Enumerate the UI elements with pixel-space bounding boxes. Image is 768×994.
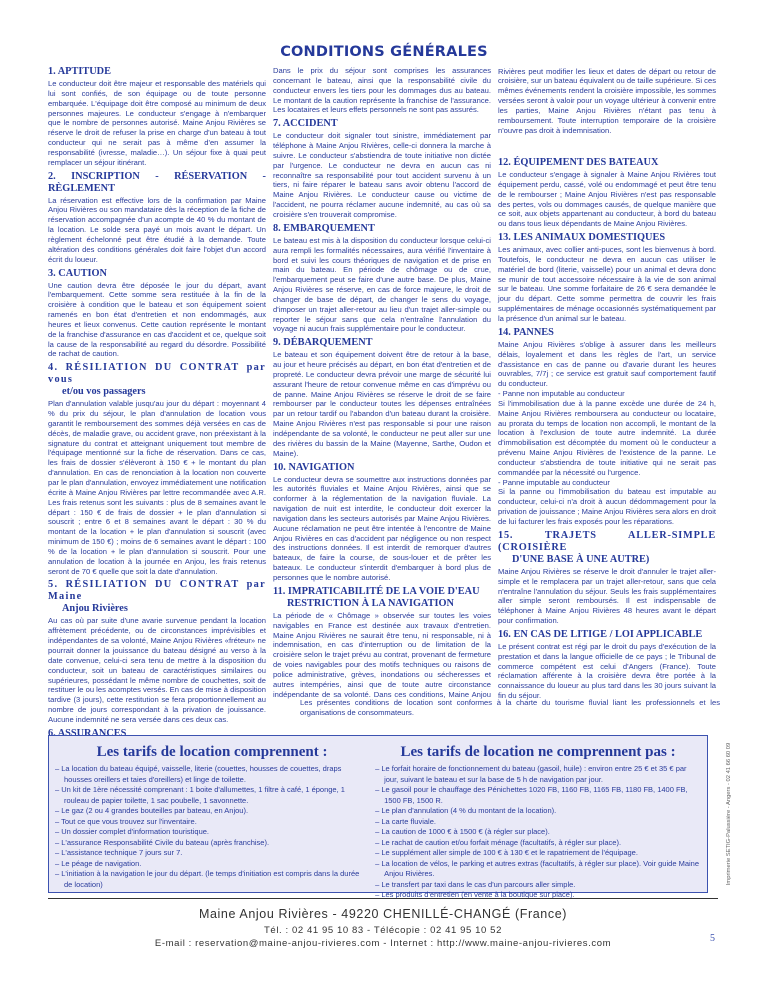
column-3: La période de « Chômage » observée sur t… (498, 66, 716, 741)
section-title-caution: 3. CAUTION (48, 268, 266, 280)
section-body-impraticabilite-cont: La période de « Chômage » observée sur t… (498, 66, 716, 154)
section-title-animaux: 13. LES ANIMAUX DOMESTIQUES (498, 232, 716, 244)
list-item: – Le supplément aller simple de 100 € à … (375, 848, 701, 859)
list-item: – La caution de 1000 € à 1500 € (à régle… (375, 827, 701, 838)
list-item: – Un kit de 1ère nécessité comprenant : … (55, 785, 369, 806)
section-title-inscription: 2. INSCRIPTION - RÉSERVATION - RÈGLEMENT (48, 171, 266, 195)
page-number: 5 (710, 933, 715, 944)
section-body-inscription: La réservation est effective lors de la … (48, 196, 266, 265)
section-body-litige: Le présent contrat est régi par le droit… (498, 642, 716, 701)
page-title: CONDITIONS GÉNÉRALES (0, 44, 768, 60)
list-item: – Le gasoil pour le chauffage des Pénich… (375, 785, 701, 806)
footer-phone: Tél. : 02 41 95 10 83 - Télécopie : 02 4… (48, 924, 718, 937)
section-title-sub: et/ou vos passagers (48, 386, 266, 398)
list-item: – Le gaz (2 ou 4 grandes bouteilles par … (55, 806, 369, 817)
list-item: – Le forfait horaire de fonctionnement d… (375, 764, 701, 785)
section-title-main: 15. TRAJETS ALLER-SIMPLE (CROISIÈRE (498, 530, 716, 553)
section-body-impraticabilite: La période de « Chômage » observée sur t… (273, 611, 491, 699)
tarifs-included: Les tarifs de location comprennent : – L… (55, 742, 369, 892)
section-title-pannes: 14. PANNES (498, 327, 716, 339)
list-item: – L'initiation à la navigation le jour d… (55, 869, 369, 890)
list-item: – Tout ce que vous trouvez sur l'inventa… (55, 817, 369, 828)
pannes-non-imputable: Si l'immobilisation due à la panne excèd… (498, 399, 716, 478)
section-title-sub: Anjou Rivières (48, 603, 266, 615)
list-item: – La carte fluviale. (375, 817, 701, 828)
footer-contact: E-mail : reservation@maine-anjou-riviere… (48, 937, 718, 950)
section-title-resiliation-loueur: 5. RÉSILIATION DU CONTRAT par Maine Anjo… (48, 579, 266, 615)
list-item: – Un dossier complet d'information touri… (55, 827, 369, 838)
section-title-main: 4. RÉSILIATION DU CONTRAT par vous (48, 362, 266, 385)
tarifs-excluded-heading: Les tarifs de location ne comprennent pa… (375, 742, 701, 762)
section-title-resiliation-client: 4. RÉSILIATION DU CONTRAT par vous et/ou… (48, 362, 266, 398)
pannes-subheading-non-imputable: - Panne non imputable au conducteur (498, 389, 716, 399)
section-body-accident: Le conducteur doit signaler tout sinistr… (273, 131, 491, 220)
section-body-caution: Une caution devra être déposée le jour d… (48, 281, 266, 360)
printer-imprint-text: Imprimerie SETIG-Palussière - Angers - 0… (726, 743, 732, 885)
section-body-embarquement: Le bateau est mis à la disposition du co… (273, 236, 491, 334)
section-body-equipement: Le conducteur s'engage à signaler à Main… (498, 170, 716, 229)
list-item: – Le rachat de caution et/ou forfait mén… (375, 838, 701, 849)
section-title-equipement: 12. ÉQUIPEMENT DES BATEAUX (498, 157, 716, 169)
list-item: – Le plan d'annulation (4 % du montant d… (375, 806, 701, 817)
section-title-litige: 16. EN CAS DE LITIGE / LOI APPLICABLE (498, 629, 716, 641)
section-body-debarquement: Le bateau et son équipement doivent être… (273, 350, 491, 458)
list-item: – La location de vélos, le parking et au… (375, 859, 701, 880)
section-body-resiliation-loueur: Au cas où par suite d'une avarie survenu… (48, 616, 266, 724)
section-title-sub: D'UNE BASE À UNE AUTRE) (498, 554, 716, 566)
section-title-aptitude: 1. APTITUDE (48, 66, 266, 78)
section-body-animaux: Les animaux, avec collier anti-puces, so… (498, 245, 716, 324)
footer-address: Maine Anjou Rivières - 49220 CHENILLÉ-CH… (48, 906, 718, 922)
section-body-aptitude: Le conducteur doit être majeur et respon… (48, 79, 266, 168)
list-item: – La location du bateau équipé, vaissell… (55, 764, 369, 785)
list-item: – L'assurance Responsabilité Civile du b… (55, 838, 369, 849)
section-title-sub: RESTRICTION À LA NAVIGATION (273, 598, 491, 610)
section-title-accident: 7. ACCIDENT (273, 118, 491, 130)
list-item: – Le transfert par taxi dans le cas d'un… (375, 880, 701, 891)
column-1: 1. APTITUDE Le conducteur doit être maje… (48, 66, 266, 741)
section-body-assurances: Dans le prix du séjour sont comprises le… (273, 66, 491, 115)
section-body-resiliation-client: Plan d'annulation valable jusqu'au jour … (48, 399, 266, 576)
list-item: – Le péage de navigation. (55, 859, 369, 870)
tarifs-included-heading: Les tarifs de location comprennent : (55, 742, 369, 762)
continued-text: La période de « Chômage » observée sur t… (498, 66, 716, 136)
footer-divider (48, 898, 718, 899)
pannes-subheading-imputable: - Panne imputable au conducteur (498, 478, 716, 488)
section-title-aller-simple: 15. TRAJETS ALLER-SIMPLE (CROISIÈRE D'UN… (498, 530, 716, 566)
section-title-main: 11. IMPRATICABILITÉ DE LA VOIE D'EAU (273, 586, 480, 597)
section-title-embarquement: 8. EMBARQUEMENT (273, 223, 491, 235)
charte-note: Les présentes conditions de location son… (300, 698, 720, 718)
section-title-navigation: 10. NAVIGATION (273, 462, 491, 474)
pannes-intro: Maine Anjou Rivières s'oblige à assurer … (498, 340, 716, 389)
tarifs-excluded: Les tarifs de location ne comprennent pa… (369, 742, 701, 892)
section-title-impraticabilite: 11. IMPRATICABILITÉ DE LA VOIE D'EAU RES… (273, 586, 491, 610)
pannes-imputable: Si la panne ou l'immobilisation du batea… (498, 487, 716, 526)
section-body-pannes: Maine Anjou Rivières s'oblige à assurer … (498, 340, 716, 527)
tarifs-box: Les tarifs de location comprennent : – L… (48, 735, 708, 893)
list-item: – L'assistance technique 7 jours sur 7. (55, 848, 369, 859)
section-body-navigation: Le conducteur devra se soumettre aux ins… (273, 475, 491, 583)
column-2: Dans le prix du séjour sont comprises le… (273, 66, 491, 741)
footer: Maine Anjou Rivières - 49220 CHENILLÉ-CH… (48, 906, 718, 950)
section-body-aller-simple: Maine Anjou Rivières se réserve le droit… (498, 567, 716, 626)
conditions-columns: 1. APTITUDE Le conducteur doit être maje… (48, 66, 716, 741)
section-title-debarquement: 9. DÉBARQUEMENT (273, 337, 491, 349)
section-title-main: 5. RÉSILIATION DU CONTRAT par Maine (48, 579, 266, 602)
printer-imprint: Imprimerie SETIG-Palussière - Angers - 0… (722, 736, 736, 892)
